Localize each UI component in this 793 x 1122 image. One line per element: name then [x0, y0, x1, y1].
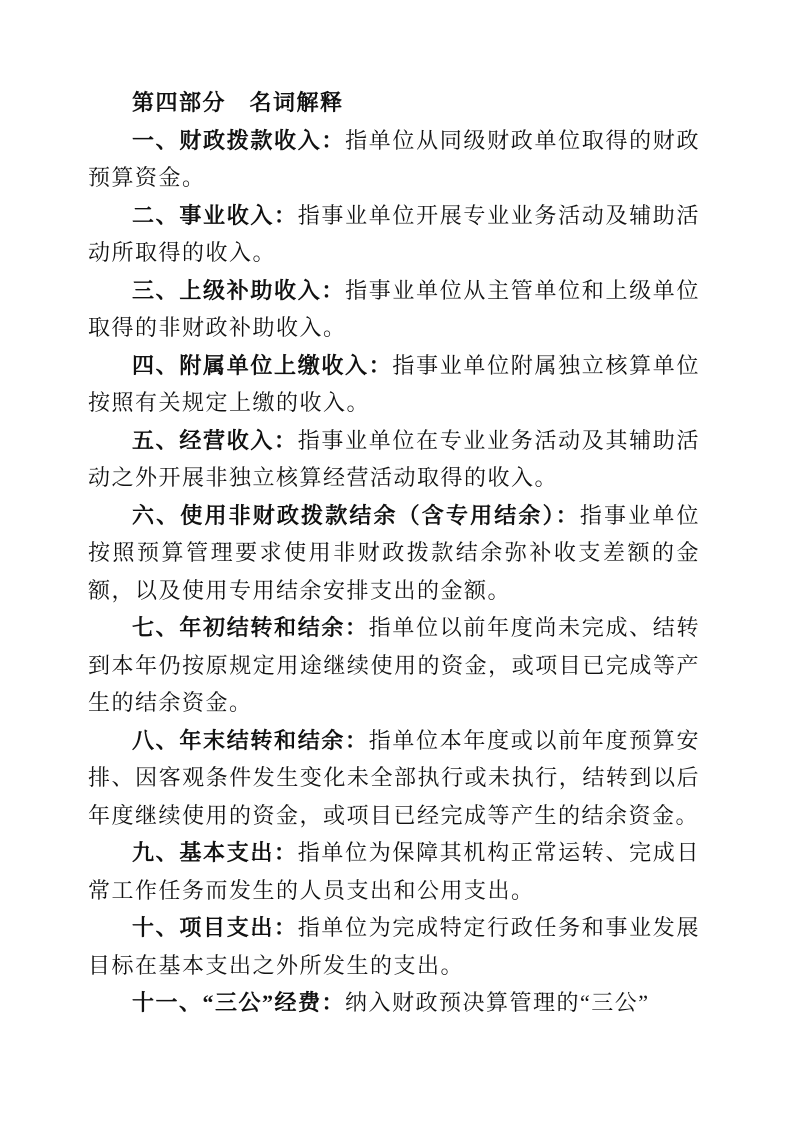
glossary-item: 二、事业收入：指事业单位开展专业业务活动及辅助活动所取得的收入。	[88, 197, 700, 272]
term-label: 一、财政拨款收入：	[132, 128, 345, 153]
term-label: 四、附属单位上缴收入：	[132, 353, 392, 378]
term-label: 八、年末结转和结余：	[132, 728, 369, 753]
term-label: 十、项目支出：	[132, 915, 298, 940]
glossary-item: 八、年末结转和结余：指单位本年度或以前年度预算安排、因客观条件发生变化未全部执行…	[88, 722, 700, 835]
glossary-item: 六、使用非财政拨款结余（含专用结余）：指事业单位按照预算管理要求使用非财政拨款结…	[88, 497, 700, 610]
glossary-item: 三、上级补助收入：指事业单位从主管单位和上级单位取得的非财政补助收入。	[88, 272, 700, 347]
term-label: 二、事业收入：	[132, 203, 298, 228]
document-page: 第四部分 名词解释 一、财政拨款收入：指单位从同级财政单位取得的财政预算资金。 …	[0, 0, 793, 1122]
section-heading: 第四部分 名词解释	[88, 84, 700, 122]
glossary-item: 十、项目支出：指单位为完成特定行政任务和事业发展目标在基本支出之外所发生的支出。	[88, 909, 700, 984]
term-definition: 纳入财政预决算管理的“三公”	[345, 990, 650, 1015]
term-label: 九、基本支出：	[132, 840, 298, 865]
glossary-item: 四、附属单位上缴收入：指事业单位附属独立核算单位按照有关规定上缴的收入。	[88, 347, 700, 422]
glossary-item: 五、经营收入：指事业单位在专业业务活动及其辅助活动之外开展非独立核算经营活动取得…	[88, 422, 700, 497]
term-label: 六、使用非财政拨款结余（含专用结余）：	[132, 503, 580, 528]
text-block: 第四部分 名词解释 一、财政拨款收入：指单位从同级财政单位取得的财政预算资金。 …	[88, 84, 700, 1022]
glossary-item: 一、财政拨款收入：指单位从同级财政单位取得的财政预算资金。	[88, 122, 700, 197]
term-label: 七、年初结转和结余：	[132, 615, 369, 640]
glossary-item: 十一、“三公”经费：纳入财政预决算管理的“三公”	[88, 984, 700, 1022]
glossary-item: 九、基本支出：指单位为保障其机构正常运转、完成日常工作任务而发生的人员支出和公用…	[88, 834, 700, 909]
term-label: 五、经营收入：	[132, 428, 298, 453]
term-label: 三、上级补助收入：	[132, 278, 345, 303]
term-label: 十一、“三公”经费：	[132, 990, 345, 1015]
glossary-item: 七、年初结转和结余：指单位以前年度尚未完成、结转到本年仍按原规定用途继续使用的资…	[88, 609, 700, 722]
